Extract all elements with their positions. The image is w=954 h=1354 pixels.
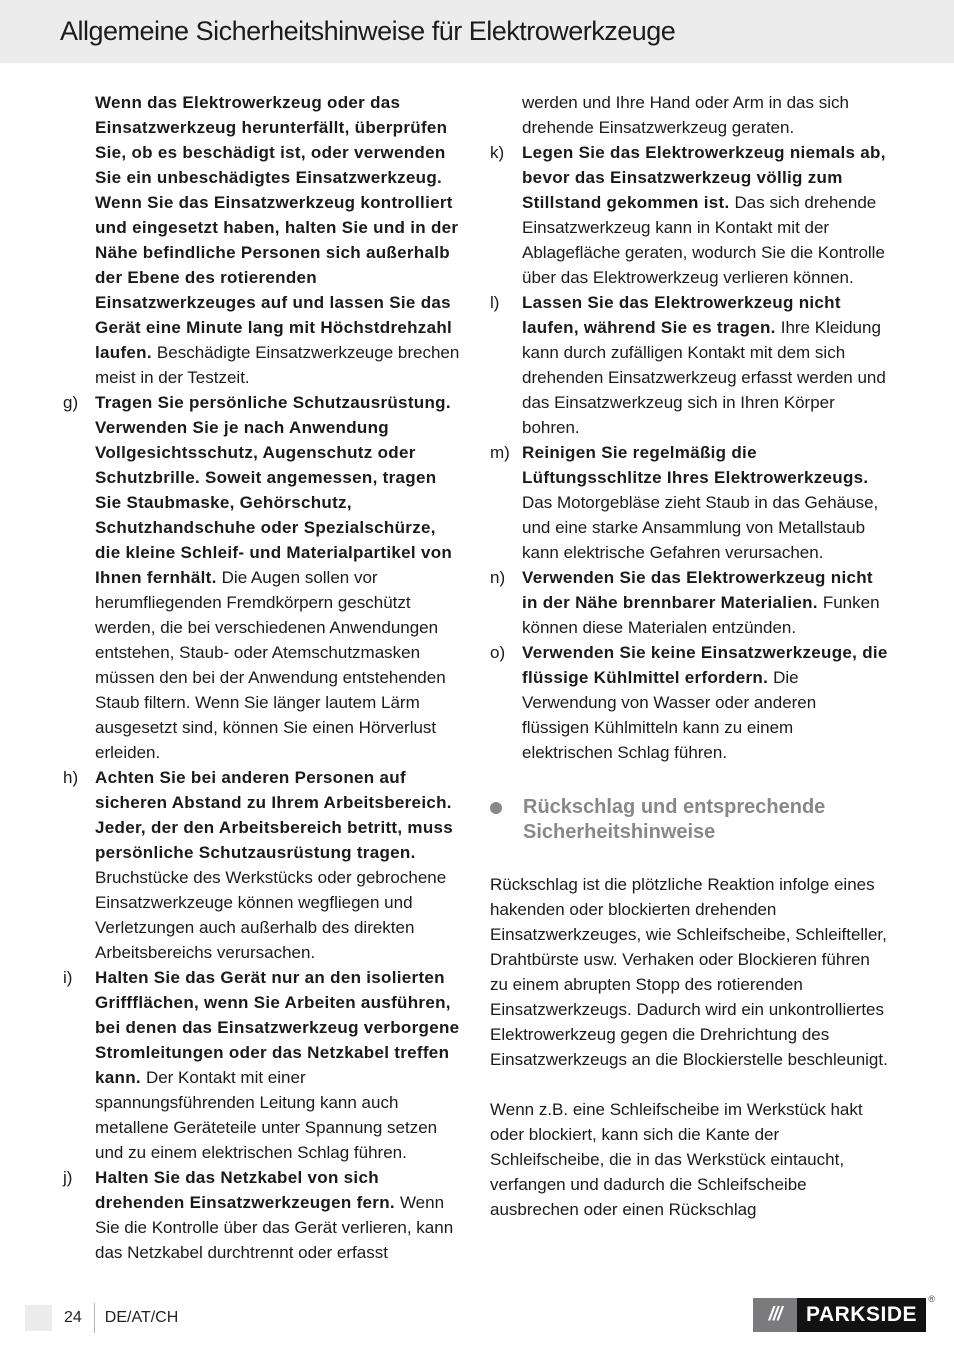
- item-letter: h): [63, 765, 95, 965]
- item-letter: k): [490, 140, 522, 290]
- body-paragraph: Rückschlag ist die plötzliche Reaktion i…: [490, 872, 888, 1072]
- item-text: Halten Sie das Gerät nur an den isoliert…: [95, 965, 463, 1165]
- list-item-i: i)Halten Sie das Gerät nur an den isolie…: [63, 965, 463, 1165]
- language-codes: DE/AT/CH: [105, 1309, 178, 1327]
- page-marker-square: [25, 1305, 52, 1331]
- page-header: Allgemeine Sicherheitshinweise für Elekt…: [0, 0, 954, 63]
- item-text: Achten Sie bei anderen Personen auf sich…: [95, 765, 463, 965]
- item-letter: g): [63, 390, 95, 765]
- item-text: Verwenden Sie das Elektrowerkzeug nicht …: [522, 565, 888, 640]
- item-text: Lassen Sie das Elektrowerkzeug nicht lau…: [522, 290, 888, 440]
- bold-text-segment: Achten Sie bei anderen Personen auf sich…: [95, 768, 453, 862]
- body-text-segment: Die Augen sollen vor herumfliegenden Fre…: [95, 568, 446, 762]
- list-item-n: n)Verwenden Sie das Elektrowerkzeug nich…: [490, 565, 888, 640]
- footer-divider: [94, 1303, 95, 1333]
- bold-text-segment: Reinigen Sie regelmäßig die Lüftungsschl…: [522, 443, 868, 487]
- bold-text-segment: Verwenden Sie das Elektrowerkzeug nicht …: [522, 568, 873, 612]
- item-text: Verwenden Sie keine Einsatzwerkzeuge, di…: [522, 640, 888, 765]
- left-column: Wenn das Elektrowerkzeug oder das Einsat…: [63, 90, 463, 1265]
- body-text-segment: Wenn z.B. eine Schleifscheibe im Werkstü…: [490, 1100, 863, 1219]
- list-item-l: l)Lassen Sie das Elektrowerkzeug nicht l…: [490, 290, 888, 440]
- body-paragraph: Wenn z.B. eine Schleifscheibe im Werkstü…: [490, 1097, 888, 1222]
- body-text-segment: Bruchstücke des Werkstücks oder gebroche…: [95, 868, 446, 962]
- bold-text-segment: Tragen Sie persönliche Schutzausrüstung.…: [95, 393, 452, 587]
- item-text: Tragen Sie persönliche Schutzausrüstung.…: [95, 390, 463, 765]
- section-heading: Rückschlag und entsprechende Sicherheits…: [490, 795, 888, 845]
- list-item-j: j)Halten Sie das Netzkabel von sich dreh…: [63, 1165, 463, 1265]
- bold-text-segment: Verwenden Sie keine Einsatzwerkzeuge, di…: [522, 643, 888, 687]
- item-letter: l): [490, 290, 522, 440]
- item-letter: o): [490, 640, 522, 765]
- item-letter: m): [490, 440, 522, 565]
- body-text-segment: Das Motorgebläse zieht Staub in das Gehä…: [522, 493, 878, 562]
- list-item-o: o)Verwenden Sie keine Einsatzwerkzeuge, …: [490, 640, 888, 765]
- body-text-segment: Rückschlag ist die plötzliche Reaktion i…: [490, 875, 888, 1069]
- list-item-k: k)Legen Sie das Elektrowerkzeug niemals …: [490, 140, 888, 290]
- body-text-segment: Der Kontakt mit einer spannungsführenden…: [95, 1068, 437, 1162]
- continuation-paragraph: Wenn das Elektrowerkzeug oder das Einsat…: [95, 90, 463, 390]
- page-number: 24: [64, 1309, 82, 1327]
- body-text-segment: werden und Ihre Hand oder Arm in das sic…: [522, 93, 849, 137]
- registered-trademark-icon: ®: [928, 1294, 935, 1304]
- page-footer-left: 24 DE/AT/CH: [25, 1303, 178, 1333]
- bold-text-segment: Halten Sie das Netzkabel von sich drehen…: [95, 1168, 400, 1212]
- item-text: Reinigen Sie regelmäßig die Lüftungsschl…: [522, 440, 888, 565]
- logo-slashes-icon: ///: [753, 1298, 797, 1332]
- item-letter: i): [63, 965, 95, 1165]
- item-text: Halten Sie das Netzkabel von sich drehen…: [95, 1165, 463, 1265]
- page-title: Allgemeine Sicherheitshinweise für Elekt…: [60, 16, 675, 47]
- section-heading-text: Rückschlag und entsprechende Sicherheits…: [523, 795, 888, 845]
- bold-text-segment: Wenn das Elektrowerkzeug oder das Einsat…: [95, 93, 458, 362]
- list-item-m: m)Reinigen Sie regelmäßig die Lüftungssc…: [490, 440, 888, 565]
- item-letter: j): [63, 1165, 95, 1265]
- brand-name: PARKSIDE: [797, 1298, 926, 1332]
- bullet-icon: [490, 795, 523, 845]
- list-item-g: g)Tragen Sie persönliche Schutzausrüstun…: [63, 390, 463, 765]
- item-letter: n): [490, 565, 522, 640]
- manual-page: Allgemeine Sicherheitshinweise für Elekt…: [0, 0, 954, 1354]
- item-text: Legen Sie das Elektrowerkzeug niemals ab…: [522, 140, 888, 290]
- list-item-h: h)Achten Sie bei anderen Personen auf si…: [63, 765, 463, 965]
- parkside-logo: /// PARKSIDE ®: [753, 1298, 926, 1332]
- continuation-paragraph: werden und Ihre Hand oder Arm in das sic…: [522, 90, 888, 140]
- right-column: werden und Ihre Hand oder Arm in das sic…: [490, 90, 888, 1247]
